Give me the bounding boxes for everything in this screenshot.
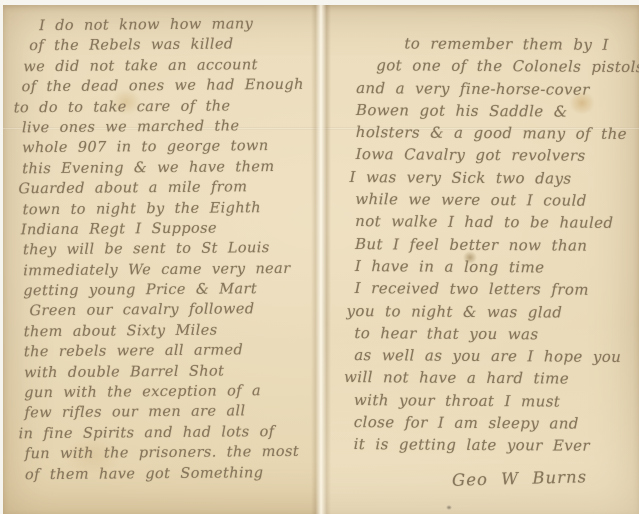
handwritten-line: Iowa Cavalry got revolvers xyxy=(356,146,636,170)
handwritten-line: will not have a hard time xyxy=(344,368,634,392)
left-page-handwriting: I do not know how manyof the Rebels was … xyxy=(13,16,319,488)
letter-right-page: to remember them by Igot one of the Colo… xyxy=(321,5,639,514)
handwritten-line: the rebels were all armed xyxy=(24,342,318,365)
handwritten-line: fun with the prisoners. the most xyxy=(25,444,319,467)
handwritten-line: But I feel better now than xyxy=(355,235,635,259)
handwritten-line: immediately We came very near xyxy=(23,260,317,283)
handwritten-line: this Evening & we have them xyxy=(22,158,316,181)
handwritten-line: holsters & a good many of the xyxy=(356,123,636,147)
right-page-handwriting: to remember them by Igot one of the Colo… xyxy=(344,34,637,460)
handwritten-line: them about Sixty Miles xyxy=(24,322,318,345)
handwritten-line: Indiana Regt I Suppose xyxy=(21,220,317,243)
handwritten-line: getting young Price & Mart xyxy=(23,281,317,304)
letter-paper: I do not know how manyof the Rebels was … xyxy=(3,5,639,514)
handwritten-line: I do not know how many xyxy=(39,16,315,39)
handwritten-line: and a very fine-horse-cover xyxy=(356,79,636,103)
handwritten-line: with your throat I must xyxy=(354,391,634,415)
handwritten-line: Green our cavalry followed xyxy=(29,301,317,324)
letter-left-page: I do not know how manyof the Rebels was … xyxy=(3,5,321,514)
handwritten-line: I was very Sick two days xyxy=(349,168,635,192)
handwritten-line: close for I am sleepy and xyxy=(354,413,634,437)
handwritten-line: while we were out I could xyxy=(355,190,635,214)
handwritten-line: we did not take an account xyxy=(23,56,315,79)
handwritten-line: of them have got Something xyxy=(25,464,319,487)
handwritten-line: whole 907 in to george town xyxy=(22,138,316,161)
handwritten-line: few rifles our men are all xyxy=(24,403,318,426)
signature: Geo W Burns xyxy=(452,467,588,490)
handwritten-line: live ones we marched the xyxy=(22,118,316,141)
handwritten-line: with double Barrel Shot xyxy=(24,362,318,385)
handwritten-line: Bowen got his Saddle & xyxy=(356,101,636,125)
handwritten-line: they will be sent to St Louis xyxy=(23,240,317,263)
handwritten-line: got one of the Colonels pistols xyxy=(376,56,636,80)
handwritten-line: gun with the exception of a xyxy=(24,383,318,406)
handwritten-line: to do to take care of the xyxy=(14,97,316,120)
handwritten-line: I received two letters from xyxy=(355,279,635,303)
handwritten-line: of the dead ones we had Enough xyxy=(21,77,315,100)
handwritten-line: town to night by the Eighth xyxy=(23,199,317,222)
handwritten-line: as well as you are I hope you xyxy=(354,346,634,370)
handwritten-line: I have in a long time xyxy=(355,257,635,281)
handwritten-line: to hear that you was xyxy=(354,324,634,348)
handwritten-line: to remember them by I xyxy=(404,34,636,58)
scanned-letter: I do not know how manyof the Rebels was … xyxy=(0,0,639,514)
handwritten-line: it is getting late your Ever xyxy=(354,435,634,459)
handwritten-line: not walke I had to be hauled xyxy=(355,212,635,236)
handwritten-line: of the Rebels was killed xyxy=(29,36,315,59)
handwritten-line: Guarded about a mile from xyxy=(18,179,316,202)
handwritten-line: in fine Spirits and had lots of xyxy=(19,423,319,446)
handwritten-line: you to night & was glad xyxy=(346,302,634,326)
